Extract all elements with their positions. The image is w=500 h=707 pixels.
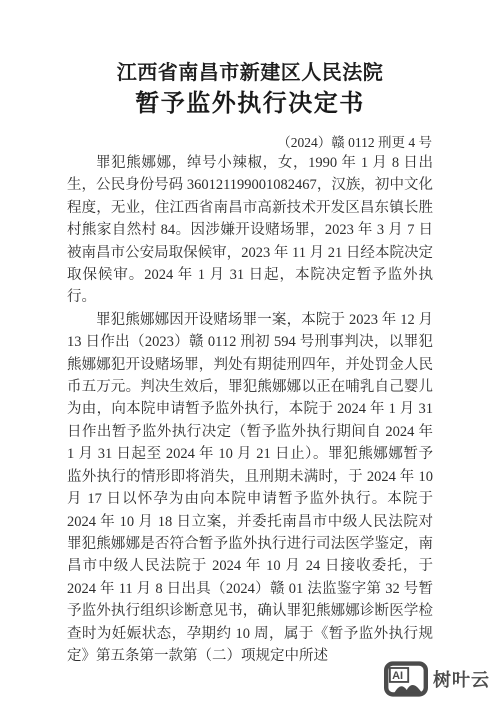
paragraph-case-history: 罪犯熊娜娜因开设赌场罪一案，本院于 2023 年 12 月 13 日作出（202… bbox=[67, 309, 433, 668]
watermark-brand: 树叶云 bbox=[433, 666, 490, 692]
watermark: AI 树叶云 bbox=[384, 661, 490, 697]
paragraph-defendant-info: 罪犯熊娜娜，绰号小辣椒，女，1990 年 1 月 8 日出生，公民身份号码 36… bbox=[67, 152, 433, 309]
document-title: 暂予监外执行决定书 bbox=[0, 83, 500, 118]
ai-icon-label: AI bbox=[392, 670, 403, 682]
court-name: 江西省南昌市新建区人民法院 bbox=[0, 56, 500, 85]
page-number: 1 bbox=[0, 646, 500, 658]
case-number: （2024）赣 0112 刑更 4 号 bbox=[277, 131, 432, 151]
document-body: 罪犯熊娜娜，绰号小辣椒，女，1990 年 1 月 8 日出生，公民身份号码 36… bbox=[67, 152, 433, 667]
ai-image-icon: AI bbox=[384, 661, 428, 697]
document-page: 江西省南昌市新建区人民法院 暂予监外执行决定书 （2024）赣 0112 刑更 … bbox=[0, 0, 500, 707]
